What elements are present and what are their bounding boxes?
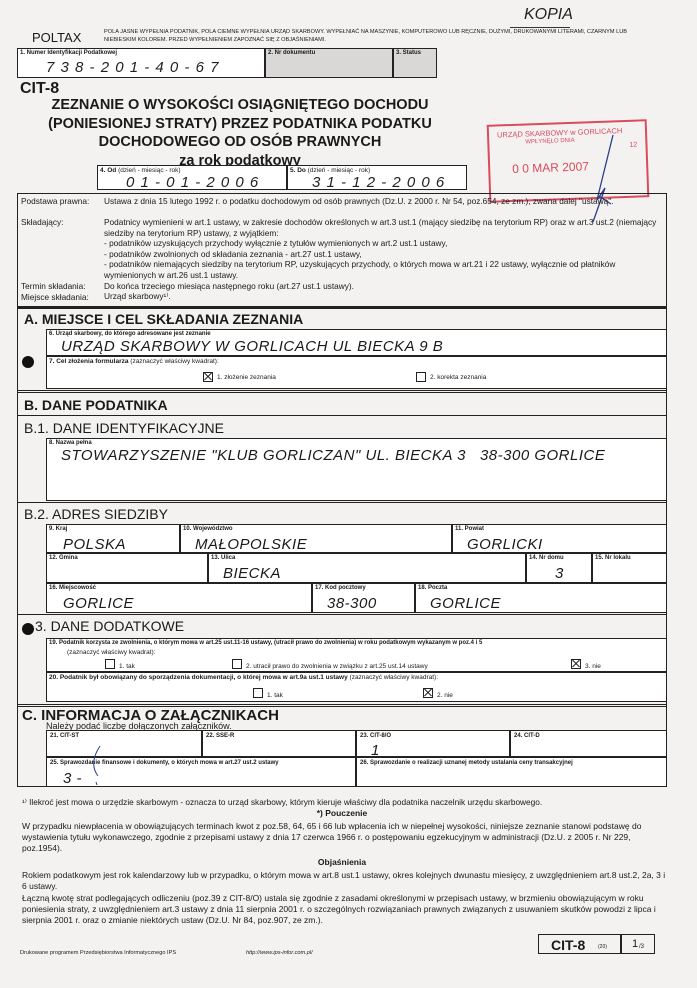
address-city-value: GORLICE	[63, 595, 134, 612]
period-from-value: 0 1 - 0 1 - 2 0 0 6	[126, 174, 259, 191]
attachment-cit-d-label: 24. CIT-D	[514, 733, 540, 740]
page-number: 1	[632, 938, 638, 950]
text-wyjatek-3: - podatników niemających siedziby na ter…	[104, 259, 662, 280]
full-name-label: 8. Nazwa pełna	[49, 440, 92, 447]
attachment-sse-r-field[interactable]: 22. SSE-R	[202, 730, 356, 757]
full-name-value: STOWARZYSZENIE "KLUB GORLICZAN" UL. BIEC…	[61, 447, 605, 464]
page-number-box: 1 /3	[621, 934, 655, 954]
address-voivodeship-value: MAŁOPOLSKIE	[195, 536, 307, 553]
attachment-cit-d-field[interactable]: 24. CIT-D	[510, 730, 667, 757]
status-field: 3. Status	[393, 48, 437, 78]
address-house-number-value: 3	[555, 565, 564, 582]
period-from-label-hint: (dzień - miesiąc - rok)	[118, 167, 180, 174]
checkbox-documentation-tak[interactable]	[253, 688, 263, 698]
objasnienia-paragraph-2: Łączną kwotę strat podlegających odlicze…	[22, 893, 670, 927]
label-miejsce-skladania: Miejsce składania:	[21, 292, 101, 303]
address-house-number-label: 14. Nr domu	[529, 555, 564, 562]
binder-punch-hole	[22, 623, 34, 635]
exemption-hint: (zaznaczyć właściwy kwadrat):	[67, 649, 156, 656]
divider-b3-top	[17, 614, 667, 615]
status-label: 3. Status	[396, 50, 421, 57]
legal-info-box: Podstawa prawna: Składający: Termin skła…	[17, 193, 667, 307]
pouczenie-text: W przypadku niewpłacenia w obowiązującyc…	[22, 821, 670, 855]
period-to-value: 3 1 - 1 2 - 2 0 0 6	[312, 174, 445, 191]
checkbox-korekta-zeznania[interactable]	[416, 372, 426, 382]
financial-statements-label: 25. Sprawozdanie finansowe i dokumenty, …	[50, 760, 279, 767]
divider-b1-top	[17, 415, 667, 416]
checkbox-zlozenie-zeznania[interactable]	[203, 372, 213, 382]
address-city-field[interactable]: 16. Miejscowość GORLICE	[46, 583, 312, 613]
period-to-label: 5. Do (dzień - miesiąc - rok)	[290, 167, 370, 174]
address-apartment-field[interactable]: 15. Nr lokalu	[592, 553, 667, 583]
text-podstawa-prawna: Ustawa z dnia 15 lutego 1992 r. o podatk…	[104, 196, 662, 217]
form-code-footer: CIT-8	[551, 937, 585, 953]
poltax-brand: POLTAX	[32, 30, 81, 45]
attachment-cit-st-label: 21. CIT-ST	[50, 733, 79, 740]
option-exemption-nie: 3. nie	[585, 663, 601, 670]
footnote-tax-office: ¹⁾ Ilekroć jest mowa o urzędzie skarbowy…	[22, 797, 672, 807]
address-post-office-field[interactable]: 18. Poczta GORLICE	[415, 583, 667, 613]
form-instructions: POLA JASNE WYPEŁNIA PODATNIK, POLA CIEMN…	[104, 28, 634, 44]
address-municipality-label: 12. Gmina	[49, 555, 78, 562]
transfer-pricing-report-field[interactable]: 26. Sprawozdanie o realizacji uznanej me…	[356, 757, 667, 787]
handwritten-mark	[90, 744, 108, 786]
documentation-field: 20. Podatnik był obowiązany do sporządze…	[46, 672, 667, 702]
documentation-hint: (zaznaczyć właściwy kwadrat):	[350, 674, 439, 681]
address-street-field[interactable]: 13. Ulica BIECKA	[208, 553, 526, 583]
form-title-line2: (PONIESIONEJ STRATY) PRZEZ PODATNIKA POD…	[40, 115, 440, 134]
pouczenie-title: *) Pouczenie	[17, 808, 667, 818]
address-voivodeship-field[interactable]: 10. Województwo MAŁOPOLSKIE	[180, 524, 452, 553]
legal-labels: Podstawa prawna: Składający: Termin skła…	[21, 196, 101, 303]
address-street-value: BIECKA	[223, 565, 281, 582]
form-version: (20)	[598, 944, 607, 950]
checkbox-documentation-nie[interactable]	[423, 688, 433, 698]
address-apartment-label: 15. Nr lokalu	[595, 555, 631, 562]
address-city-label: 16. Miejscowość	[49, 585, 96, 592]
address-county-value: GORLICKI	[467, 536, 543, 553]
binder-punch-hole	[22, 356, 34, 368]
section-b2-title: B.2. ADRES SIEDZIBY	[24, 506, 168, 522]
address-postal-code-value: 38-300	[327, 595, 377, 612]
form-code-footer-box: CIT-8 (20)	[538, 934, 621, 954]
form-title-line1: ZEZNANIE O WYSOKOŚCI OSIĄGNIĘTEGO DOCHOD…	[40, 96, 440, 115]
page-total: /3	[639, 944, 644, 950]
label-podstawa-prawna: Podstawa prawna:	[21, 196, 101, 217]
handwritten-kopia-note: KOPIA	[524, 6, 573, 24]
section-a-title: A. MIEJSCE I CEL SKŁADANIA ZEZNANIA	[24, 311, 303, 327]
option-exemption-tak: 1. tak	[119, 663, 135, 670]
option-documentation-nie: 2. nie	[437, 692, 453, 699]
option-korekta-zeznania: 2. korekta zeznania	[430, 374, 486, 381]
address-post-office-value: GORLICE	[430, 595, 501, 612]
address-postal-code-field[interactable]: 17. Kod pocztowy 38-300	[312, 583, 415, 613]
text-wyjatek-2: - podatników zwolnionych od składania ze…	[104, 249, 662, 260]
address-country-value: POLSKA	[63, 536, 126, 553]
tax-office-field[interactable]: 6. Urząd skarbowy, do którego adresowane…	[46, 329, 667, 356]
period-to-label-bold: 5. Do	[290, 167, 306, 174]
period-to-label-hint: (dzień - miesiąc - rok)	[308, 167, 370, 174]
label-termin-skladania: Termin składania:	[21, 281, 101, 292]
address-municipality-field[interactable]: 12. Gmina	[46, 553, 208, 583]
checkbox-exemption-nie[interactable]	[571, 659, 581, 669]
checkbox-exemption-tak[interactable]	[105, 659, 115, 669]
address-house-number-field[interactable]: 14. Nr domu 3	[526, 553, 592, 583]
address-street-label: 13. Ulica	[211, 555, 235, 562]
option-exemption-utracil: 2. utracił prawo do zwolnienia w związku…	[246, 663, 428, 670]
objasnienia-paragraph-1: Rokiem podatkowym jest rok kalendarzowy …	[22, 870, 670, 892]
tax-office-value: URZĄD SKARBOWY W GORLICACH UL BIECKA 9 B	[61, 338, 443, 355]
stamp-number: 12	[629, 142, 637, 149]
divider-b-top	[17, 390, 667, 393]
section-b3-title: 3. DANE DODATKOWE	[35, 618, 184, 634]
form-purpose-label: 7. Cel złożenia formularza (zaznaczyć wł…	[49, 358, 219, 365]
attachment-sse-r-label: 22. SSE-R	[206, 733, 234, 740]
publisher-url-link[interactable]: http://www.ips-infor.com.pl/	[246, 950, 313, 956]
documentation-label: 20. Podatnik był obowiązany do sporządze…	[49, 674, 438, 681]
address-voivodeship-label: 10. Województwo	[183, 526, 233, 533]
period-to-field[interactable]: 5. Do (dzień - miesiąc - rok) 3 1 - 1 2 …	[287, 165, 467, 190]
text-skladajacy: Podatnicy wymienieni w art.1 ustawy, w z…	[104, 217, 662, 238]
attachment-cit-8o-field[interactable]: 23. CIT-8/O 1	[356, 730, 510, 757]
stamp-date: 0 0 MAR 2007	[512, 159, 589, 176]
address-country-label: 9. Kraj	[49, 526, 67, 533]
address-post-office-label: 18. Poczta	[418, 585, 447, 592]
form-purpose-field: 7. Cel złożenia formularza (zaznaczyć wł…	[46, 356, 667, 389]
text-termin-skladania: Do końca trzeciego miesiąca następnego r…	[104, 281, 662, 292]
address-county-field[interactable]: 11. Powiat GORLICKI	[452, 524, 667, 553]
option-zlozenie-zeznania: 1. złożenie zeznania	[217, 374, 276, 381]
nip-value: 7 3 8 - 2 0 1 - 4 0 - 6 7	[46, 59, 219, 76]
checkbox-exemption-utracil[interactable]	[232, 659, 242, 669]
financial-statements-value: 3 -	[63, 770, 82, 787]
form-title-line3: DOCHODOWEGO OD OSÓB PRAWNYCH	[40, 133, 440, 152]
period-from-label-bold: 4. Od	[100, 167, 116, 174]
legal-texts: Ustawa z dnia 15 lutego 1992 r. o podatk…	[104, 196, 662, 302]
option-documentation-tak: 1. tak	[267, 692, 283, 699]
printed-by-text: Drukowane programem Przedsiębiorstwa Inf…	[20, 950, 176, 956]
divider-a-top	[17, 306, 667, 309]
address-country-field[interactable]: 9. Kraj POLSKA	[46, 524, 180, 553]
attachment-cit-st-field[interactable]: 21. CIT-ST	[46, 730, 202, 757]
period-from-field[interactable]: 4. Od (dzień - miesiąc - rok) 0 1 - 0 1 …	[97, 165, 287, 190]
stamp-received-label: WPŁYNĘŁO DNIA	[525, 138, 575, 146]
address-county-label: 11. Powiat	[455, 526, 484, 533]
form-purpose-hint: (zaznaczyć właściwy kwadrat):	[130, 358, 219, 365]
attachment-cit-8o-label: 23. CIT-8/O	[360, 733, 391, 740]
objasnienia-title: Objaśnienia	[17, 857, 667, 867]
form-purpose-label-bold: 7. Cel złożenia formularza	[49, 358, 128, 365]
period-from-label: 4. Od (dzień - miesiąc - rok)	[100, 167, 181, 174]
divider-b2-top	[17, 502, 667, 503]
exemption-field: 19. Podatnik korzysta ze zwolnienia, o k…	[46, 638, 667, 672]
document-number-field: 2. Nr dokumentu	[265, 48, 393, 78]
form-title: ZEZNANIE O WYSOKOŚCI OSIĄGNIĘTEGO DOCHOD…	[40, 96, 440, 170]
address-postal-code-label: 17. Kod pocztowy	[315, 585, 366, 592]
exemption-label: 19. Podatnik korzysta ze zwolnienia, o k…	[49, 640, 482, 647]
nip-label: 1. Numer Identyfikacji Podatkowej	[20, 50, 117, 57]
text-miejsce-skladania: Urząd skarbowy¹⁾.	[104, 291, 662, 302]
full-name-field[interactable]: 8. Nazwa pełna STOWARZYSZENIE "KLUB GORL…	[46, 438, 667, 501]
documentation-label-bold: 20. Podatnik był obowiązany do sporządze…	[49, 674, 348, 681]
section-b-title: B. DANE PODATNIKA	[24, 397, 168, 413]
section-b1-title: B.1. DANE IDENTYFIKACYJNE	[24, 420, 224, 436]
nip-field[interactable]: 1. Numer Identyfikacji Podatkowej 7 3 8 …	[17, 48, 265, 78]
transfer-pricing-report-label: 26. Sprawozdanie o realizacji uznanej me…	[360, 760, 573, 767]
document-number-label: 2. Nr dokumentu	[268, 50, 315, 57]
label-skladajacy: Składający:	[21, 217, 101, 281]
text-wyjatek-1: - podatników uzyskujących przychody wyłą…	[104, 238, 662, 249]
tax-office-label: 6. Urząd skarbowy, do którego adresowane…	[49, 331, 211, 338]
